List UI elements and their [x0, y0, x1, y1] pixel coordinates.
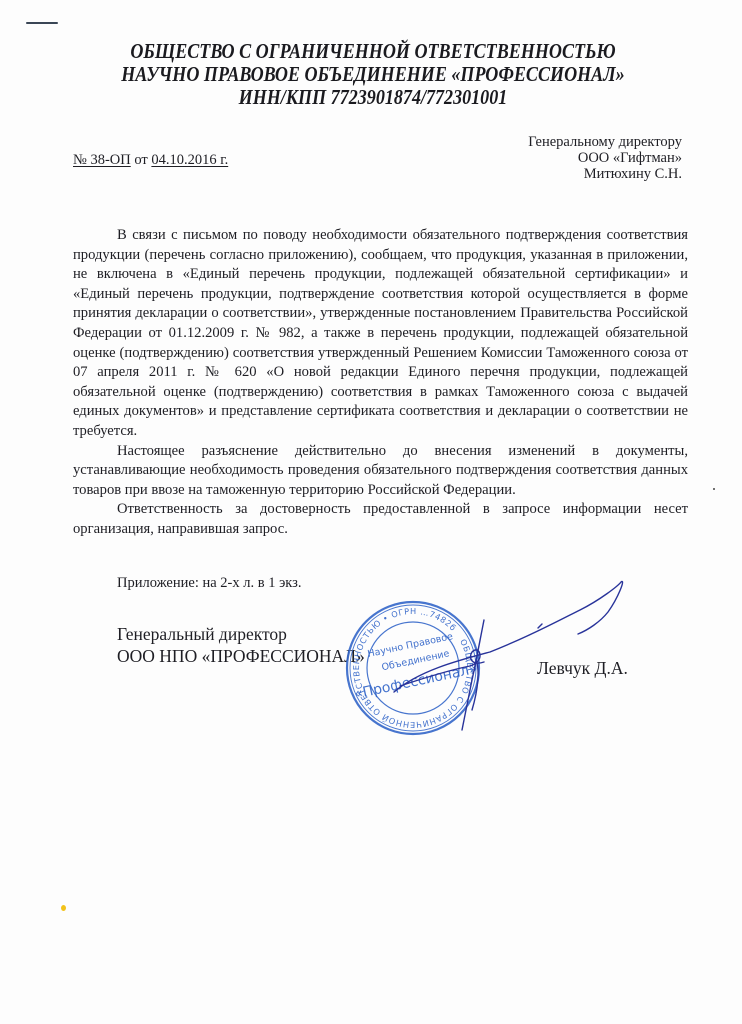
scan-mark [26, 22, 58, 24]
reference-date: 04.10.2016 г. [151, 152, 228, 168]
body-paragraph: В связи с письмом по поводу необходимост… [73, 226, 688, 442]
reference-number: № 38-ОП [73, 152, 131, 168]
outgoing-reference: № 38-ОП от 04.10.2016 г. [73, 152, 228, 168]
attachment-note: Приложение: на 2-х л. в 1 экз. [117, 574, 302, 592]
signature-block: Генеральный директор ООО НПО «ПРОФЕССИОН… [117, 623, 365, 667]
signer-title: Генеральный директор [117, 623, 365, 645]
scan-speck [713, 488, 715, 490]
body-paragraph: Настоящее разъяснение действительно до в… [73, 442, 688, 501]
letterhead-company-name: НАУЧНО ПРАВОВОЕ ОБЪЕДИНЕНИЕ «ПРОФЕССИОНА… [54, 63, 692, 86]
body-paragraph: Ответственность за достоверность предост… [73, 500, 688, 539]
addressee-name: Митюхину С.Н. [528, 166, 682, 182]
letterhead: ОБЩЕСТВО С ОГРАНИЧЕННОЙ ОТВЕТСТВЕННОСТЬЮ… [0, 40, 742, 109]
reference-from-word: от [134, 152, 147, 168]
signer-organization: ООО НПО «ПРОФЕССИОНАЛ» [117, 645, 365, 667]
addressee-position: Генеральному директору [528, 134, 682, 150]
letterhead-tax-ids: ИНН/КПП 7723901874/772301001 [54, 86, 692, 109]
addressee-block: Генеральному директору ООО «Гифтман» Мит… [528, 134, 682, 182]
letter-body: В связи с письмом по поводу необходимост… [73, 226, 688, 540]
letterhead-company-type: ОБЩЕСТВО С ОГРАНИЧЕННОЙ ОТВЕТСТВЕННОСТЬЮ [54, 40, 692, 63]
scan-speck [61, 905, 66, 911]
addressee-company: ООО «Гифтман» [528, 150, 682, 166]
handwritten-signature [380, 570, 640, 750]
